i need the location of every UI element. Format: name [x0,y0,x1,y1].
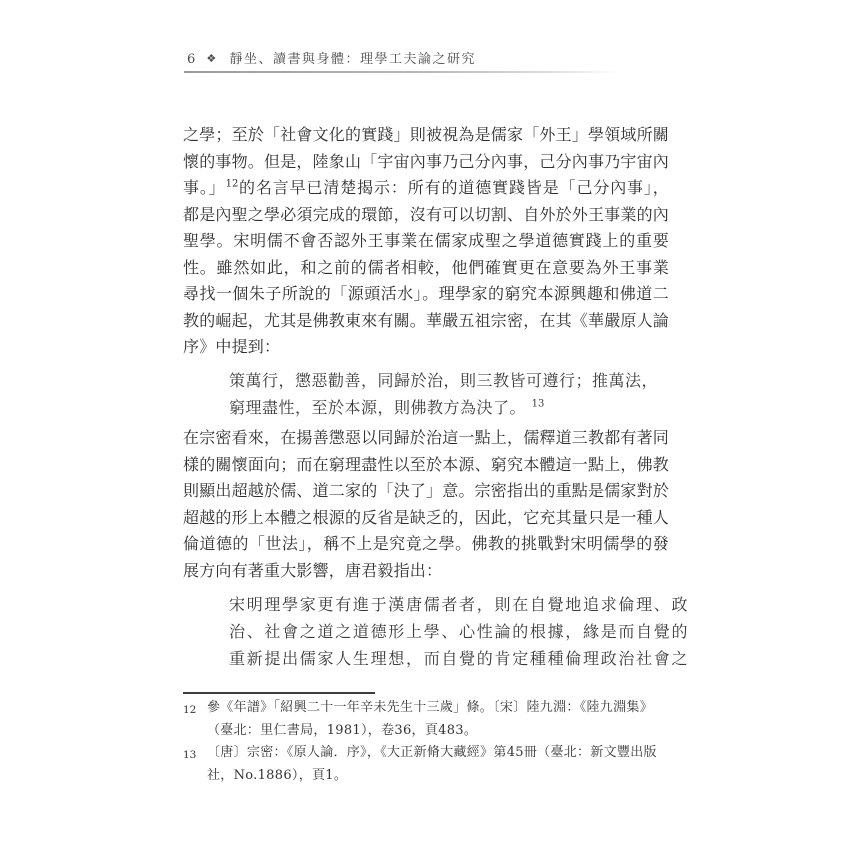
paragraph-1: 之學；至於「社會文化的實踐」則被視為是儒家「外王」學領域所關 懷的事物。但是，陸… [183,122,669,361]
text-line: 序》中提到： [183,334,669,361]
quote-line: 宋明理學家更有進于漢唐儒者者，則在自覺地追求倫理、政 [229,591,659,618]
text-segment: 事。」 [183,178,226,197]
text-line: 事。」12的名言早已清楚揭示：所有的道德實踐皆是「己分內事」， [183,175,669,202]
text-line: 都是內聖之學必須完成的環節，沒有可以切割、自外於外王事業的內 [183,202,669,229]
text-line: 樣的關懷面向；而在窮理盡性以至於本源、窮究本體這一點上，佛教 [183,452,669,479]
quote-tang-junyi: 宋明理學家更有進于漢唐儒者者，則在自覺地追求倫理、政 治、社會之道之道德形上學、… [229,591,659,672]
running-title: 靜坐、讀書與身體：理學工夫論之研究 [229,52,476,67]
text-segment: 窮理盡性，至於本源，則佛教方為決了。 [229,398,526,417]
text-line: 倫道德的「世法」，稱不上是究竟之學。佛教的挑戰對宋明儒學的發 [183,531,669,558]
text-line: 在宗密看來，在揚善懲惡以同歸於治這一點上，儒釋道三教都有著同 [183,425,669,452]
header-rule [184,71,632,73]
text-line: 則顯出超越於儒、道二家的「決了」意。宗密指出的重點是儒家對於 [183,478,669,505]
text-line: 懷的事物。但是，陸象山「宇宙內事乃己分內事，己分內事乃宇宙內 [183,149,669,176]
text-line: 展方向有著重大影響，唐君毅指出： [183,558,669,585]
footnote-line: （臺北：里仁書局，1981），卷36，頁483。 [207,720,673,743]
footnote-number: 13 [183,744,196,767]
footnote-13: 13 〔唐〕宗密：《原人論．序》，《大正新脩大藏經》第45冊（臺北：新文豐出版 … [183,742,673,787]
quote-line: 策萬行，懲惡勸善，同歸於治，則三教皆可遵行；推萬法， [229,367,659,394]
text-line: 教的崛起，尤其是佛教東來有關。華嚴五祖宗密，在其《華嚴原人論 [183,308,669,335]
footnote-ref-12: 12 [226,179,239,190]
running-header: 6 ❖ 靜坐、讀書與身體：理學工夫論之研究 [187,48,476,67]
footnote-ref-13: 13 [532,399,545,410]
footnotes-section: 12 參《年譜》「紹興二十一年辛未先生十三歲」條。〔宋〕陸九淵：《陸九淵集》 （… [183,697,673,787]
quote-line: 重新提出儒家人生理想，而自覺的肯定種種倫理政治社會之 [229,645,659,672]
footnote-12: 12 參《年譜》「紹興二十一年辛未先生十三歲」條。〔宋〕陸九淵：《陸九淵集》 （… [183,697,673,742]
footnote-line: 參《年譜》「紹興二十一年辛未先生十三歲」條。〔宋〕陸九淵：《陸九淵集》 [207,697,673,720]
diamond-ornament-icon: ❖ [206,52,217,65]
text-line: 超越的形上本體之根源的反省是缺乏的，因此，它充其量只是一種人 [183,505,669,532]
footnote-line: 社，No.1886），頁1。 [207,765,673,788]
text-line: 性。雖然如此，和之前的儒者相較，他們確實更在意要為外王事業 [183,255,669,282]
quote-line: 窮理盡性，至於本源，則佛教方為決了。 13 [229,394,659,421]
quote-line: 治、社會之道之道德形上學、心性論的根據，緣是而自覺的 [229,618,659,645]
text-line: 之學；至於「社會文化的實踐」則被視為是儒家「外王」學領域所關 [183,122,669,149]
quote-zongmi: 策萬行，懲惡勸善，同歸於治，則三教皆可遵行；推萬法， 窮理盡性，至於本源，則佛教… [229,367,659,421]
book-page: 6 ❖ 靜坐、讀書與身體：理學工夫論之研究 之學；至於「社會文化的實踐」則被視為… [0,0,850,850]
footnote-line: 〔唐〕宗密：《原人論．序》，《大正新脩大藏經》第45冊（臺北：新文豐出版 [207,742,673,765]
text-segment: 的名言早已清楚揭示：所有的道德實踐皆是「己分內事」， [238,178,669,197]
paragraph-2: 在宗密看來，在揚善懲惡以同歸於治這一點上，儒釋道三教都有著同 樣的關懷面向；而在… [183,425,669,584]
text-line: 聖學。宋明儒不會否認外王事業在儒家成聖之學道德實踐上的重要 [183,228,669,255]
page-number: 6 [187,52,197,67]
text-line: 尋找一個朱子所說的「源頭活水」。理學家的窮究本源興趣和佛道二 [183,281,669,308]
footnote-number: 12 [183,699,196,722]
footnote-separator [183,692,375,694]
